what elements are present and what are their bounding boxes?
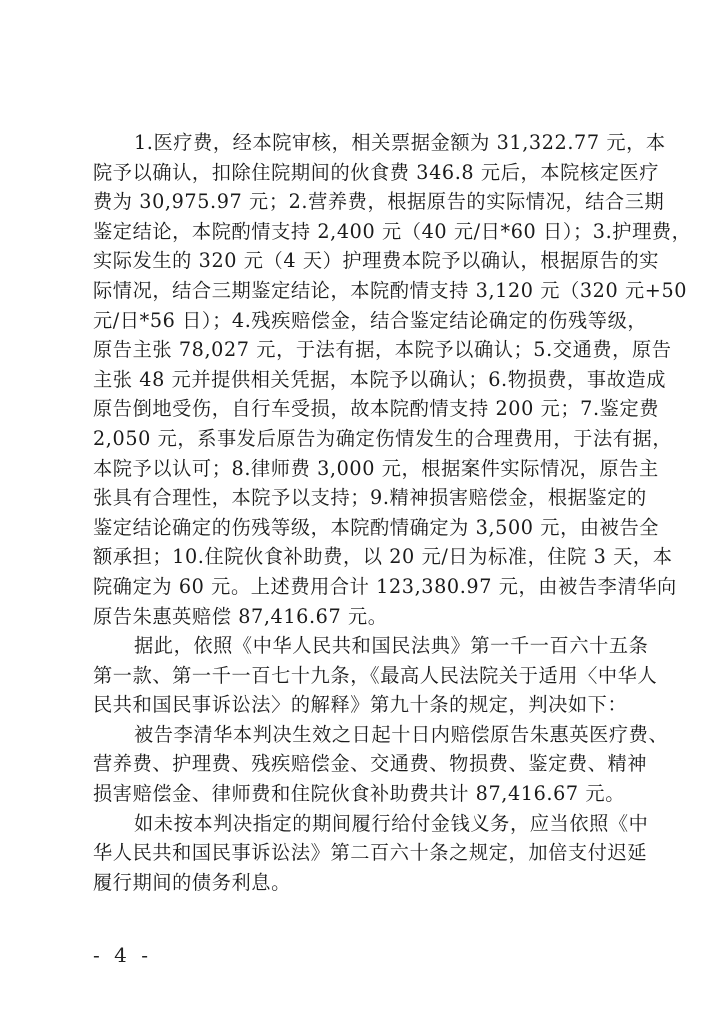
text-line: 额承担；10.住院伙食补助费，以 20 元/日为标准，住院 3 天，本 xyxy=(93,542,663,572)
document-page: 1.医疗费，经本院审核，相关票据金额为 31,322.77 元，本 院予以确认，… xyxy=(0,0,724,1024)
text-line: 履行期间的债务利息。 xyxy=(93,868,663,898)
text-line: 第一款、第一千一百七十九条，《最高人民法院关于适用〈中华人 xyxy=(93,661,663,691)
text-line: 鉴定结论确定的伤残等级，本院酌情确定为 3,500 元，由被告全 xyxy=(93,513,663,543)
text-line: 主张 48 元并提供相关凭据，本院予以确认；6.物损费，事故造成 xyxy=(93,365,663,395)
paragraph-legal-basis: 据此，依照《中华人民共和国民法典》第一千一百六十五条 第一款、第一千一百七十九条… xyxy=(93,631,663,720)
text-line: 1.医疗费，经本院审核，相关票据金额为 31,322.77 元，本 xyxy=(93,128,663,158)
text-line: 损害赔偿金、律师费和住院伙食补助费共计 87,416.67 元。 xyxy=(93,779,663,809)
text-line: 2,050 元，系事发后原告为确定伤情发生的合理费用，于法有据， xyxy=(93,424,663,454)
page-number: - 4 - xyxy=(93,940,152,970)
text-line: 院予以确认，扣除住院期间的伙食费 346.8 元后，本院核定医疗 xyxy=(93,158,663,188)
text-line: 原告倒地受伤，自行车受损，故本院酌情支持 200 元；7.鉴定费 xyxy=(93,394,663,424)
text-line: 原告主张 78,027 元，于法有据，本院予以确认；5.交通费，原告 xyxy=(93,335,663,365)
text-line: 际情况，结合三期鉴定结论，本院酌情支持 3,120 元（320 元+50 xyxy=(93,276,663,306)
text-line: 鉴定结论，本院酌情支持 2,400 元（40 元/日*60 日）；3.护理费， xyxy=(93,217,663,247)
paragraph-late-payment: 如未按本判决指定的期间履行给付金钱义务，应当依照《中 华人民共和国民事诉讼法》第… xyxy=(93,809,663,898)
text-line: 华人民共和国民事诉讼法》第二百六十条之规定，加倍支付迟延 xyxy=(93,838,663,868)
document-body: 1.医疗费，经本院审核，相关票据金额为 31,322.77 元，本 院予以确认，… xyxy=(93,128,663,897)
text-line: 原告朱惠英赔偿 87,416.67 元。 xyxy=(93,602,663,632)
text-line: 据此，依照《中华人民共和国民法典》第一千一百六十五条 xyxy=(93,631,663,661)
text-line: 本院予以认可；8.律师费 3,000 元，根据案件实际情况，原告主 xyxy=(93,454,663,484)
text-line: 院确定为 60 元。上述费用合计 123,380.97 元，由被告李清华向 xyxy=(93,572,663,602)
text-line: 元/日*56 日）；4.残疾赔偿金，结合鉴定结论确定的伤残等级， xyxy=(93,306,663,336)
text-line: 如未按本判决指定的期间履行给付金钱义务，应当依照《中 xyxy=(93,809,663,839)
text-line: 实际发生的 320 元（4 天）护理费本院予以确认，根据原告的实 xyxy=(93,246,663,276)
text-line: 被告李清华本判决生效之日起十日内赔偿原告朱惠英医疗费、 xyxy=(93,720,663,750)
text-line: 张具有合理性，本院予以支持；9.精神损害赔偿金，根据鉴定的 xyxy=(93,483,663,513)
paragraph-compensation-items: 1.医疗费，经本院审核，相关票据金额为 31,322.77 元，本 院予以确认，… xyxy=(93,128,663,631)
text-line: 民共和国民事诉讼法〉的解释》第九十条的规定，判决如下： xyxy=(93,690,663,720)
text-line: 费为 30,975.97 元；2.营养费，根据原告的实际情况，结合三期 xyxy=(93,187,663,217)
text-line: 营养费、护理费、残疾赔偿金、交通费、物损费、鉴定费、精神 xyxy=(93,749,663,779)
paragraph-judgment: 被告李清华本判决生效之日起十日内赔偿原告朱惠英医疗费、 营养费、护理费、残疾赔偿… xyxy=(93,720,663,809)
